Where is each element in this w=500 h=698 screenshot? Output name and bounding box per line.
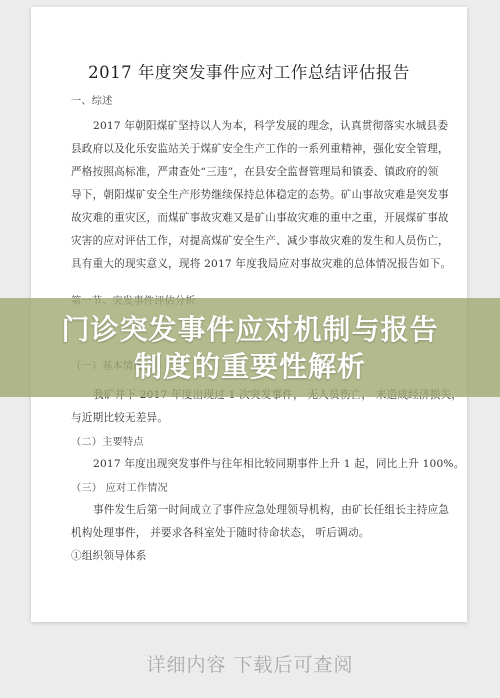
download-hint[interactable]: 详细内容 下载后可查阅 — [0, 650, 500, 677]
section-heading: （二）主要特点 — [71, 433, 144, 448]
paragraph-line: 2017 年朝阳煤矿坚持以人为本，科学发展的理念，认真贯彻落实水城县委 — [93, 118, 448, 133]
paragraph-line: 故灾难的重灾区，而煤矿事故灾难又是矿山事故灾难的重中之重，开展煤矿事故 — [71, 210, 449, 225]
banner-title-line-1: 门诊突发事件应对机制与报告 — [61, 311, 438, 348]
paragraph-line: 2017 年度出现突发事件与往年相比较同期事件上升 1 起，同比上升 100%。 — [93, 456, 465, 471]
paragraph-line: 导下，朝阳煤矿安全生产形势继续保持总体稳定的态势。矿山事故灾难是突发事 — [71, 187, 449, 202]
paragraph-line: 灾害的应对评估工作，对提高煤矿安全生产、减少事故灾难的发生和人员伤亡， — [71, 233, 449, 248]
title-banner: 门诊突发事件应对机制与报告 制度的重要性解析 — [0, 298, 500, 397]
paragraph-line: ①组织领导体系 — [71, 548, 147, 563]
paragraph-line: 机构处理事件， 并要求各科室处于随时待命状态， 听后调动。 — [71, 525, 370, 540]
paragraph-line: 具有重大的现实意义，现将 2017 年度我局应对事故灾难的总体情况报告如下。 — [71, 256, 451, 271]
paragraph-line: 严格按照高标准，严肃查处“三违”，在县安全监督管理局和镇委、镇政府的领 — [71, 164, 438, 179]
paragraph-line: 事件发生后第一时间成立了事件应急处理领导机构，由矿长任组长主持应急 — [93, 502, 449, 517]
document-title: 2017 年度突发事件应对工作总结评估报告 — [31, 59, 467, 83]
paragraph-line: 县政府以及化乐安监站关于煤矿安全生产工作的一系列重精神，强化安全管理， — [71, 141, 449, 156]
paragraph-line: 与近期比较无差异。 — [71, 410, 168, 425]
section-heading: 一、综述 — [71, 92, 113, 107]
section-heading: （三） 应对工作情况 — [71, 479, 168, 494]
banner-title-line-2: 制度的重要性解析 — [134, 348, 366, 385]
